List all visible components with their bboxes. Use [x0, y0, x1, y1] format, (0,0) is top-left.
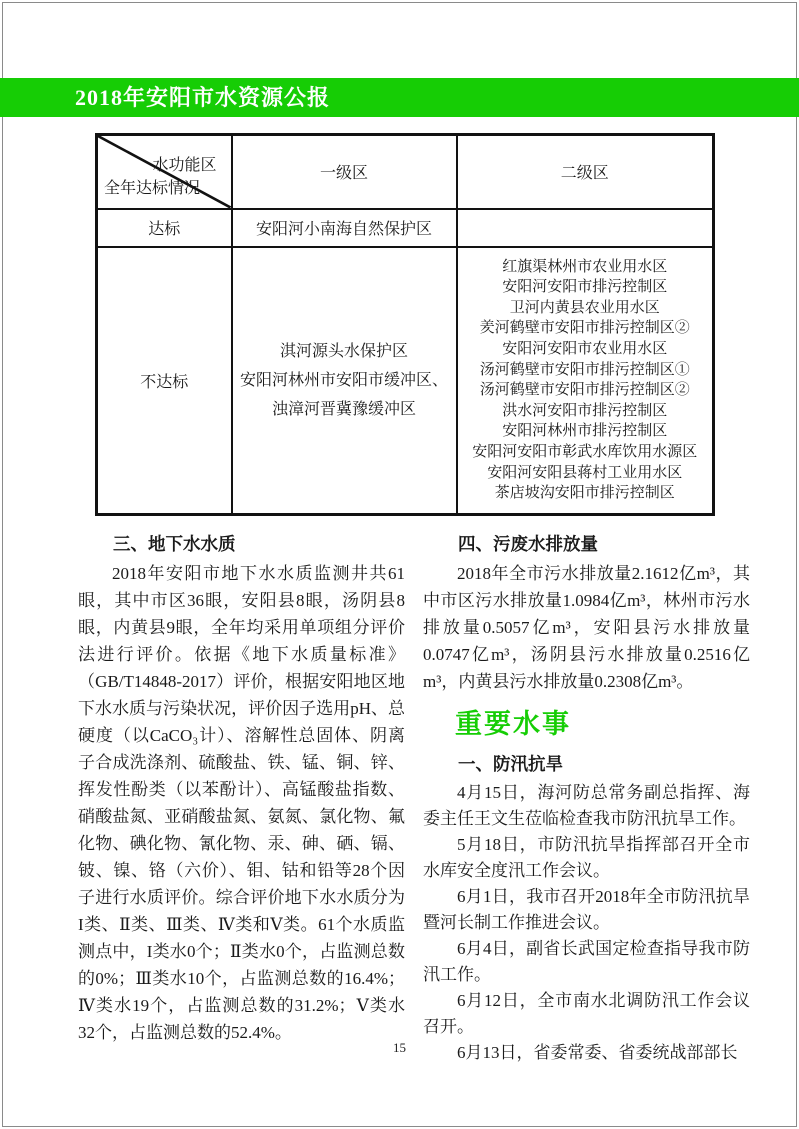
- fail-level1-line: 淇河源头水保护区: [237, 337, 452, 366]
- fail-level1-line: 浊漳河晋冀豫缓冲区: [237, 395, 452, 424]
- pass-level2-cell: [457, 209, 714, 247]
- important-events-title: 重要水事: [455, 707, 750, 741]
- column-header-level1: 一级区: [232, 135, 457, 209]
- diagonal-header-cell: 水功能区 全年达标情况: [97, 135, 232, 209]
- event-paragraph: 6月12日，全市南水北调防汛工作会议召开。: [423, 988, 750, 1040]
- right-text-column: 四、污废水排放量 2018年全市污水排放量2.1612亿m³，其中市区污水排放量…: [423, 531, 750, 1066]
- groundwater-paragraph: 2018年安阳市地下水水质监测井共61眼，其中市区36眼，安阳县8眼，汤阴县8眼…: [78, 560, 405, 1046]
- fail-level2-cell: 红旗渠林州市农业用水区 安阳河安阳市排污控制区 卫河内黄县农业用水区 羑河鹤壁市…: [457, 247, 714, 515]
- fail-level2-line: 茶店坡沟安阳市排污控制区: [462, 483, 709, 504]
- fail-level2-line: 安阳河安阳市排污控制区: [462, 277, 709, 298]
- fail-level2-line: 卫河内黄县农业用水区: [462, 298, 709, 319]
- section-heading-flood-drought: 一、防汛抗旱: [423, 751, 750, 778]
- fail-level2-line: 汤河鹤壁市安阳市排污控制区①: [462, 360, 709, 381]
- section-heading-groundwater: 三、地下水水质: [78, 531, 405, 558]
- fail-level2-line: 红旗渠林州市农业用水区: [462, 257, 709, 278]
- header-bar: 2018年安阳市水资源公报: [0, 78, 799, 117]
- page-number: 15: [0, 1040, 799, 1056]
- column-header-level2: 二级区: [457, 135, 714, 209]
- fail-level2-line: 安阳河安阳市农业用水区: [462, 339, 709, 360]
- corner-label-annual-compliance: 全年达标情况: [104, 175, 200, 198]
- corner-label-water-function-zone: 水功能区: [152, 152, 216, 175]
- page-title: 2018年安阳市水资源公报: [0, 78, 799, 117]
- fail-level2-line: 安阳河林州市排污控制区: [462, 421, 709, 442]
- row-label-pass: 达标: [97, 209, 232, 247]
- event-paragraph: 5月18日，市防汛抗旱指挥部召开全市水库安全度汛工作会议。: [423, 832, 750, 884]
- water-function-zone-table: 水功能区 全年达标情况 一级区 二级区 达标 安阳河小南海自然保护区 不达标 淇…: [95, 133, 715, 516]
- fail-level1-cell: 淇河源头水保护区 安阳河林州市安阳市缓冲区、 浊漳河晋冀豫缓冲区: [232, 247, 457, 515]
- table-row-fail: 不达标 淇河源头水保护区 安阳河林州市安阳市缓冲区、 浊漳河晋冀豫缓冲区 红旗渠…: [97, 247, 714, 515]
- wastewater-paragraph: 2018年全市污水排放量2.1612亿m³，其中市区污水排放量1.0984亿m³…: [423, 560, 750, 695]
- event-paragraph: 4月15日，海河防总常务副总指挥、海委主任王文生莅临检查我市防汛抗旱工作。: [423, 780, 750, 832]
- event-paragraph: 6月4日，副省长武国定检查指导我市防汛工作。: [423, 936, 750, 988]
- row-label-fail: 不达标: [97, 247, 232, 515]
- fail-level2-line: 羑河鹤壁市安阳市排污控制区②: [462, 318, 709, 339]
- event-paragraph: 6月1日，我市召开2018年全市防汛抗旱暨河长制工作推进会议。: [423, 884, 750, 936]
- fail-level1-line: 安阳河林州市安阳市缓冲区、: [237, 366, 452, 395]
- table-header-row: 水功能区 全年达标情况 一级区 二级区: [97, 135, 714, 209]
- pass-level1-cell: 安阳河小南海自然保护区: [232, 209, 457, 247]
- table-row-pass: 达标 安阳河小南海自然保护区: [97, 209, 714, 247]
- fail-level2-line: 安阳河安阳市彰武水库饮用水源区: [462, 442, 709, 463]
- fail-level2-line: 安阳河安阳县蒋村工业用水区: [462, 463, 709, 484]
- left-text-column: 三、地下水水质 2018年安阳市地下水水质监测井共61眼，其中市区36眼，安阳县…: [78, 531, 405, 1046]
- fail-level2-line: 洪水河安阳市排污控制区: [462, 401, 709, 422]
- fail-level2-line: 汤河鹤壁市安阳市排污控制区②: [462, 380, 709, 401]
- section-heading-wastewater: 四、污废水排放量: [423, 531, 750, 558]
